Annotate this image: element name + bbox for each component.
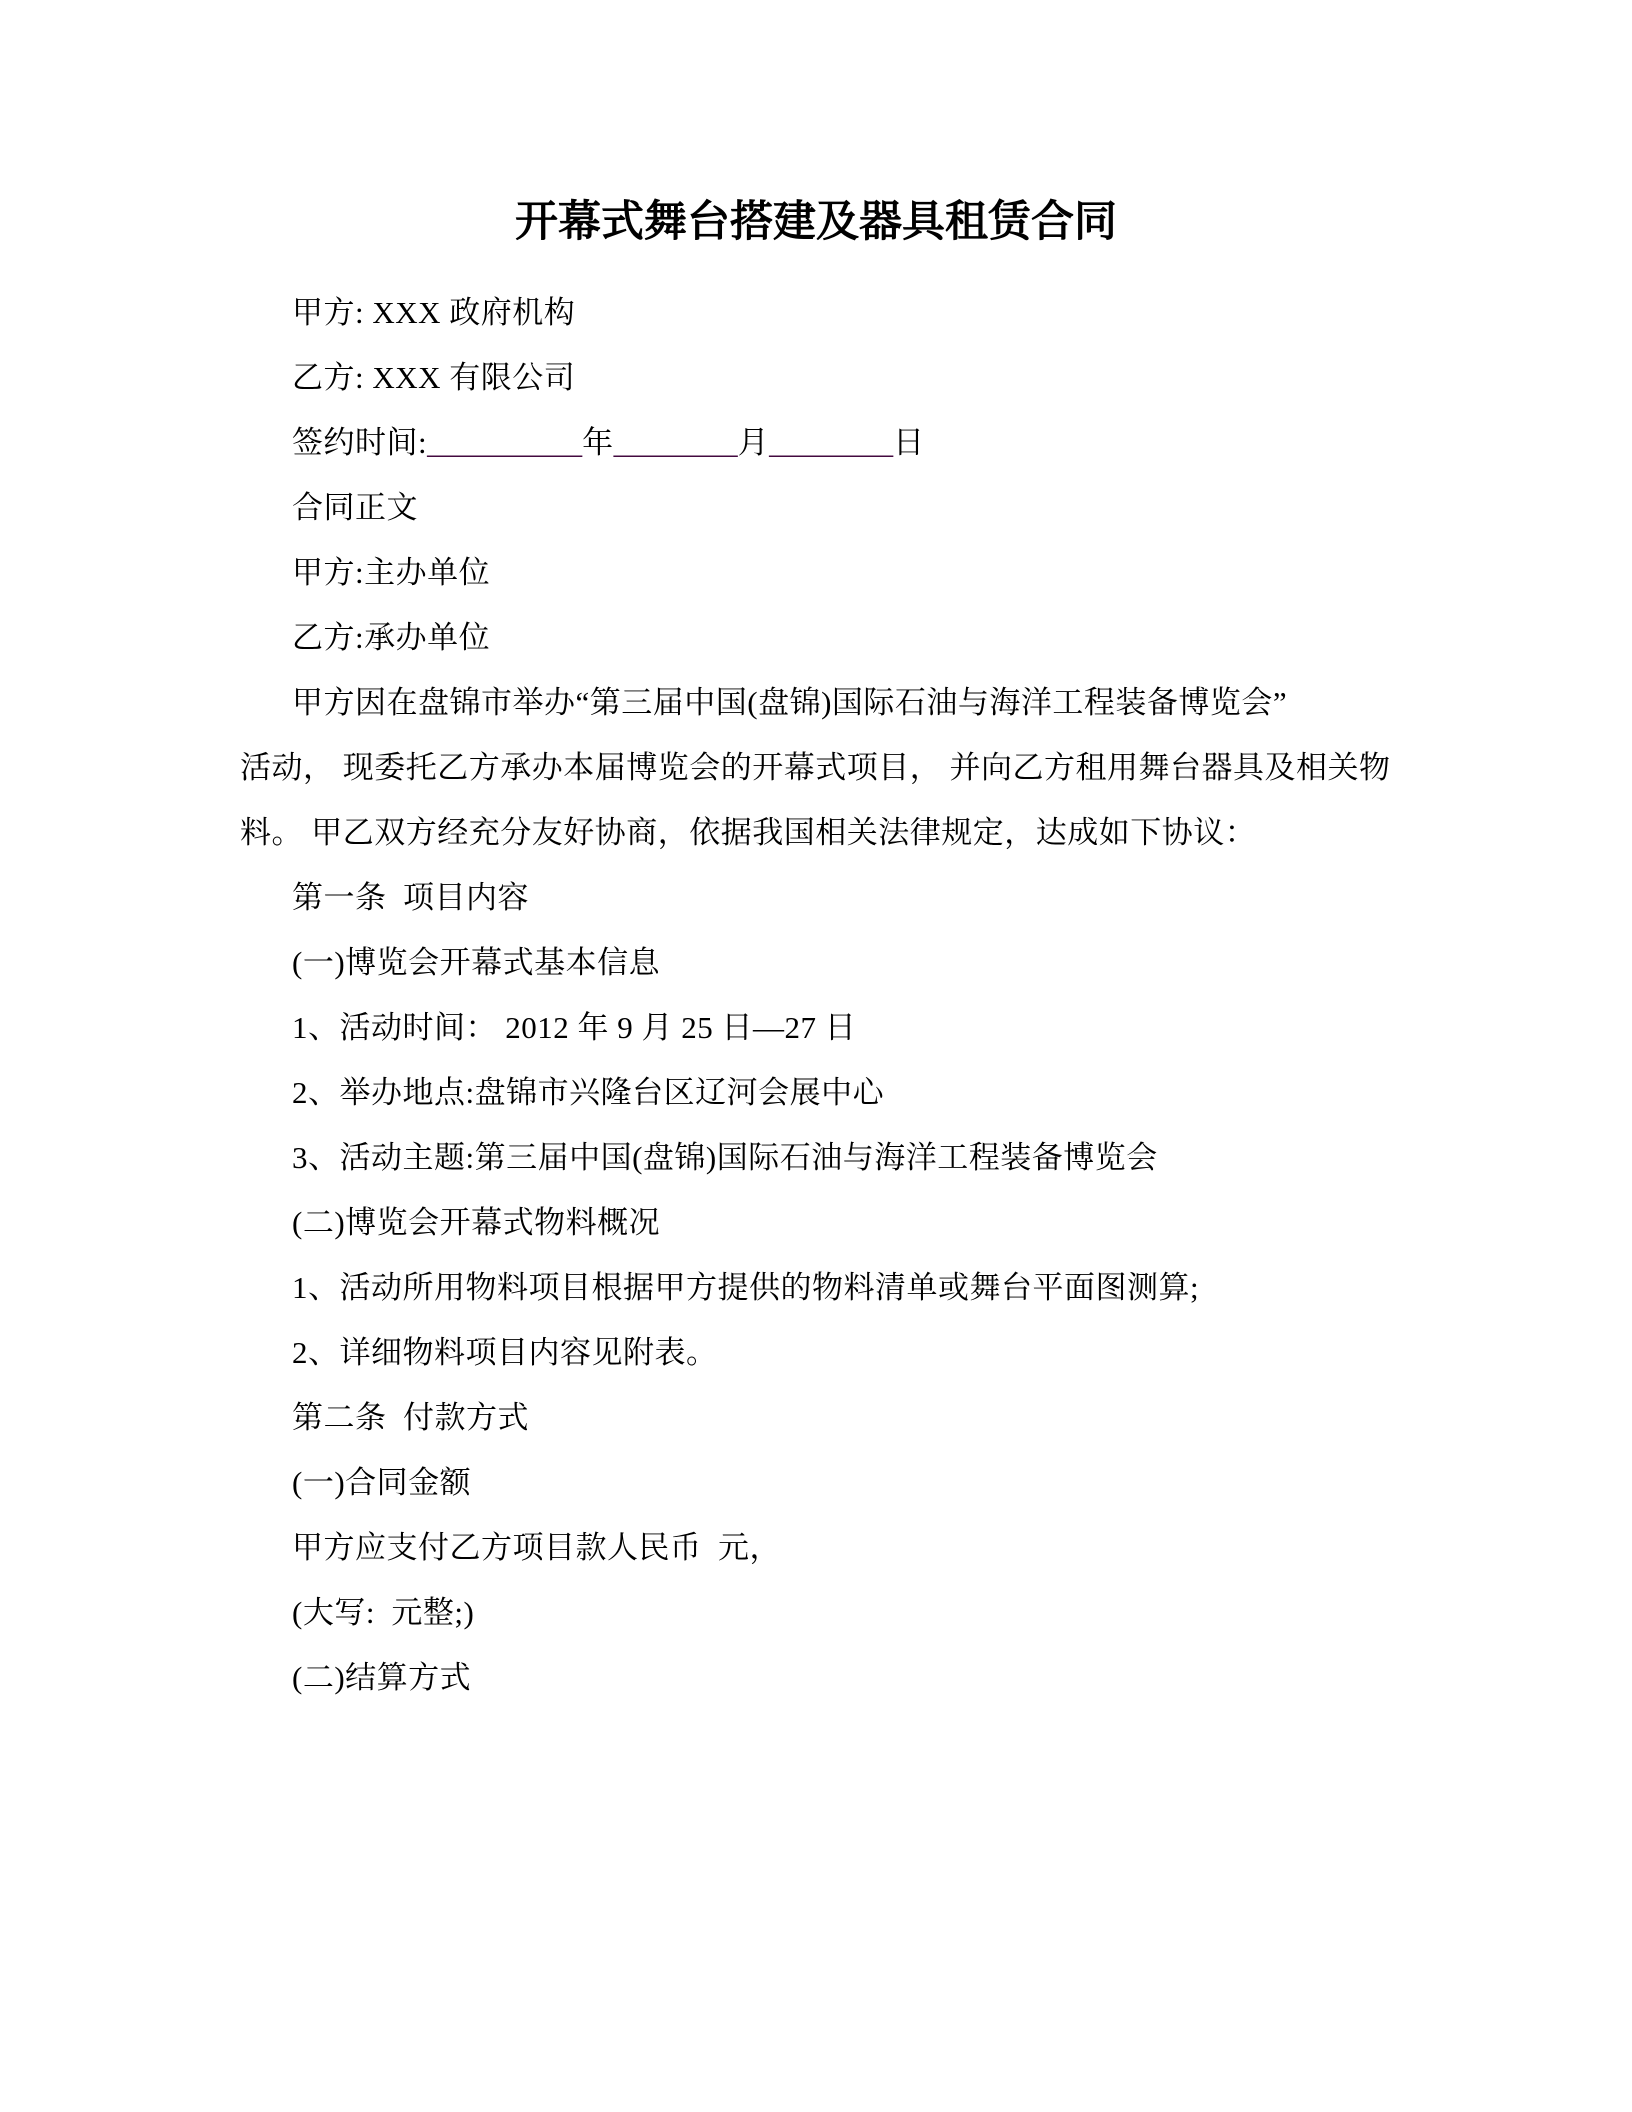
sign-month-blank: ________: [614, 425, 738, 460]
contract-document-page: 开幕式舞台搭建及器具租赁合同 甲方: XXX 政府机构 乙方: XXX 有限公司…: [0, 0, 1632, 2112]
preamble-line-1: 甲方因在盘锦市举办“第三届中国(盘锦)国际石油与海洋工程装备博览会”: [240, 670, 1392, 735]
sign-day-label: 日: [893, 425, 925, 460]
party-b-line: 乙方: XXX 有限公司: [240, 345, 1392, 410]
preamble-line-2: 活动， 现委托乙方承办本届博览会的开幕式项目， 并向乙方租用舞台器具及相关物: [240, 735, 1392, 800]
amount-in-words-line: (大写: 元整;): [240, 1580, 1392, 1645]
sign-year-blank: __________: [427, 425, 582, 460]
sign-year-label: 年: [582, 425, 614, 460]
document-title: 开幕式舞台搭建及器具租赁合同: [240, 188, 1392, 258]
document-body: 甲方: XXX 政府机构 乙方: XXX 有限公司 签约时间:_________…: [240, 280, 1392, 1710]
party-a-line: 甲方: XXX 政府机构: [240, 280, 1392, 345]
section-2-2-heading: (二)结算方式: [240, 1645, 1392, 1710]
payment-amount-line: 甲方应支付乙方项目款人民币 元，: [240, 1515, 1392, 1580]
sign-day-blank: ________: [769, 425, 893, 460]
item-activity-theme: 3、活动主题:第三届中国(盘锦)国际石油与海洋工程装备博览会: [240, 1125, 1392, 1190]
contract-body-label: 合同正文: [240, 475, 1392, 540]
sign-month-label: 月: [738, 425, 770, 460]
party-b-role-line: 乙方:承办单位: [240, 605, 1392, 670]
sign-date-label: 签约时间:: [292, 425, 427, 460]
item-materials-calc: 1、活动所用物料项目根据甲方提供的物料清单或舞台平面图测算;: [240, 1255, 1392, 1320]
section-1-2-heading: (二)博览会开幕式物料概况: [240, 1190, 1392, 1255]
article-2-heading: 第二条 付款方式: [240, 1385, 1392, 1450]
sign-date-line: 签约时间:__________年________月________日: [240, 410, 1392, 475]
article-1-heading: 第一条 项目内容: [240, 865, 1392, 930]
item-activity-time: 1、活动时间： 2012 年 9 月 25 日—27 日: [240, 995, 1392, 1060]
section-2-1-heading: (一)合同金额: [240, 1450, 1392, 1515]
preamble-line-3: 料。 甲乙双方经充分友好协商，依据我国相关法律规定，达成如下协议：: [240, 800, 1392, 865]
section-1-1-heading: (一)博览会开幕式基本信息: [240, 930, 1392, 995]
party-a-role-line: 甲方:主办单位: [240, 540, 1392, 605]
item-materials-appendix: 2、详细物料项目内容见附表。: [240, 1320, 1392, 1385]
item-activity-venue: 2、举办地点:盘锦市兴隆台区辽河会展中心: [240, 1060, 1392, 1125]
